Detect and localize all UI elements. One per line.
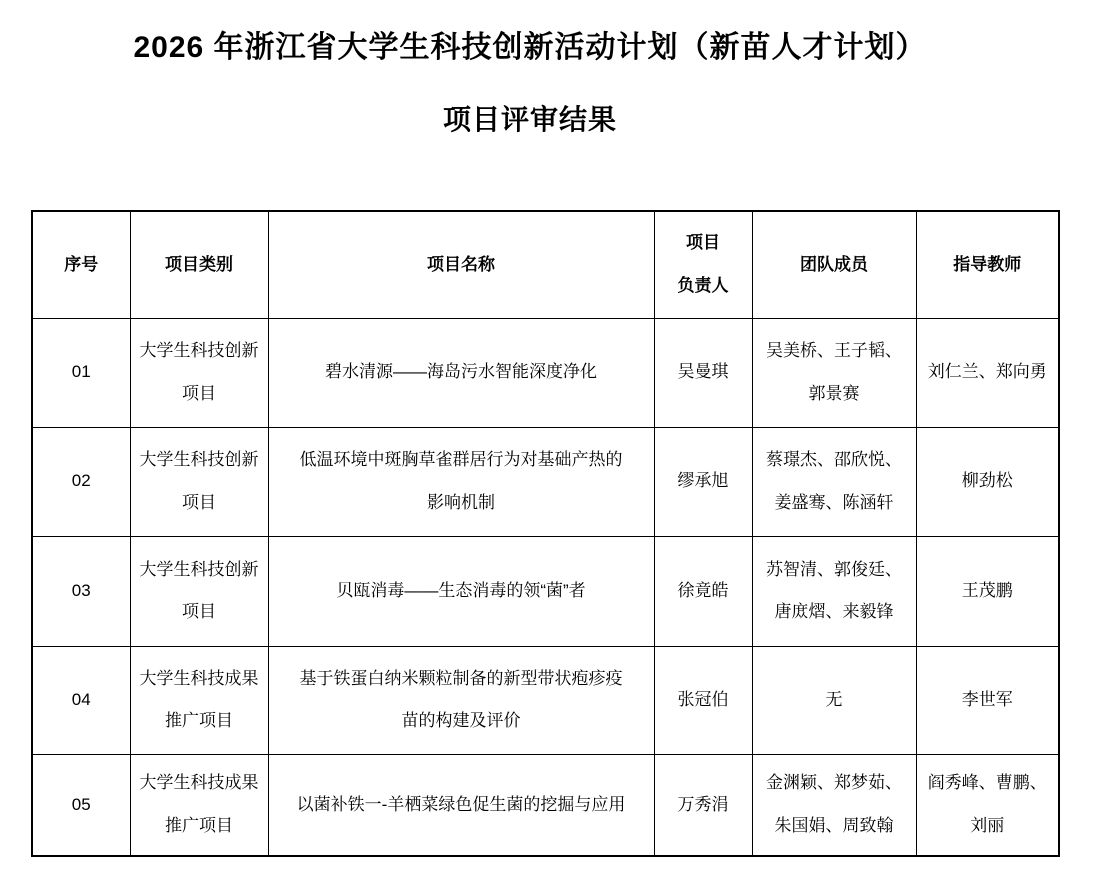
cell-seq: 05: [32, 754, 130, 856]
page-subtitle: 项目评审结果: [0, 98, 1060, 138]
header-seq: 序号: [32, 211, 130, 318]
cell-leader: 缪承旭: [654, 427, 752, 536]
header-team: 团队成员: [752, 211, 916, 318]
cell-advisors: 阎秀峰、曹鹏、 刘丽: [916, 754, 1059, 856]
cell-category: 大学生科技成果 推广项目: [130, 646, 268, 754]
cell-leader: 吴曼琪: [654, 318, 752, 427]
cell-category: 大学生科技创新 项目: [130, 536, 268, 646]
page-title: 2026 年浙江省大学生科技创新活动计划（新苗人才计划）: [0, 22, 1060, 66]
cell-advisors: 柳劲松: [916, 427, 1059, 536]
cell-project-name: 碧水清源——海岛污水智能深度净化: [268, 318, 654, 427]
cell-leader: 徐竟皓: [654, 536, 752, 646]
cell-project-name: 贝瓯消毒——生态消毒的领“菌”者: [268, 536, 654, 646]
table-header-row: 序号 项目类别 项目名称 项目 负责人 团队成员 指导教师: [32, 211, 1059, 318]
table-row: 01 大学生科技创新 项目 碧水清源——海岛污水智能深度净化 吴曼琪 吴美桥、王…: [32, 318, 1059, 427]
cell-advisors: 刘仁兰、郑向勇: [916, 318, 1059, 427]
cell-team: 金渊颖、郑梦茹、 朱国娟、周致翰: [752, 754, 916, 856]
cell-category: 大学生科技创新 项目: [130, 318, 268, 427]
table-row: 02 大学生科技创新 项目 低温环境中斑胸草雀群居行为对基础产热的 影响机制 缪…: [32, 427, 1059, 536]
cell-seq: 04: [32, 646, 130, 754]
header-category: 项目类别: [130, 211, 268, 318]
cell-project-name: 以菌补铁一-羊栖菜绿色促生菌的挖掘与应用: [268, 754, 654, 856]
cell-leader: 张冠伯: [654, 646, 752, 754]
cell-seq: 02: [32, 427, 130, 536]
cell-seq: 01: [32, 318, 130, 427]
table-row: 03 大学生科技创新 项目 贝瓯消毒——生态消毒的领“菌”者 徐竟皓 苏智清、郭…: [32, 536, 1059, 646]
header-leader: 项目 负责人: [654, 211, 752, 318]
cell-team: 苏智清、郭俊廷、 唐庻熠、来毅锋: [752, 536, 916, 646]
table-row: 04 大学生科技成果 推广项目 基于铁蛋白纳米颗粒制备的新型带状疱疹疫 苗的构建…: [32, 646, 1059, 754]
cell-team: 蔡璟杰、邵欣悦、 姜盛骞、陈涵轩: [752, 427, 916, 536]
review-results-table: 序号 项目类别 项目名称 项目 负责人 团队成员 指导教师 01 大学生科技创新…: [31, 210, 1060, 857]
cell-team: 吴美桥、王子韬、 郭景赛: [752, 318, 916, 427]
cell-category: 大学生科技创新 项目: [130, 427, 268, 536]
table-row: 05 大学生科技成果 推广项目 以菌补铁一-羊栖菜绿色促生菌的挖掘与应用 万秀涓…: [32, 754, 1059, 856]
cell-advisors: 王茂鹏: [916, 536, 1059, 646]
header-advisor: 指导教师: [916, 211, 1059, 318]
cell-leader: 万秀涓: [654, 754, 752, 856]
cell-advisors: 李世军: [916, 646, 1059, 754]
cell-seq: 03: [32, 536, 130, 646]
cell-team: 无: [752, 646, 916, 754]
cell-category: 大学生科技成果 推广项目: [130, 754, 268, 856]
header-project-name: 项目名称: [268, 211, 654, 318]
cell-project-name: 低温环境中斑胸草雀群居行为对基础产热的 影响机制: [268, 427, 654, 536]
cell-project-name: 基于铁蛋白纳米颗粒制备的新型带状疱疹疫 苗的构建及评价: [268, 646, 654, 754]
